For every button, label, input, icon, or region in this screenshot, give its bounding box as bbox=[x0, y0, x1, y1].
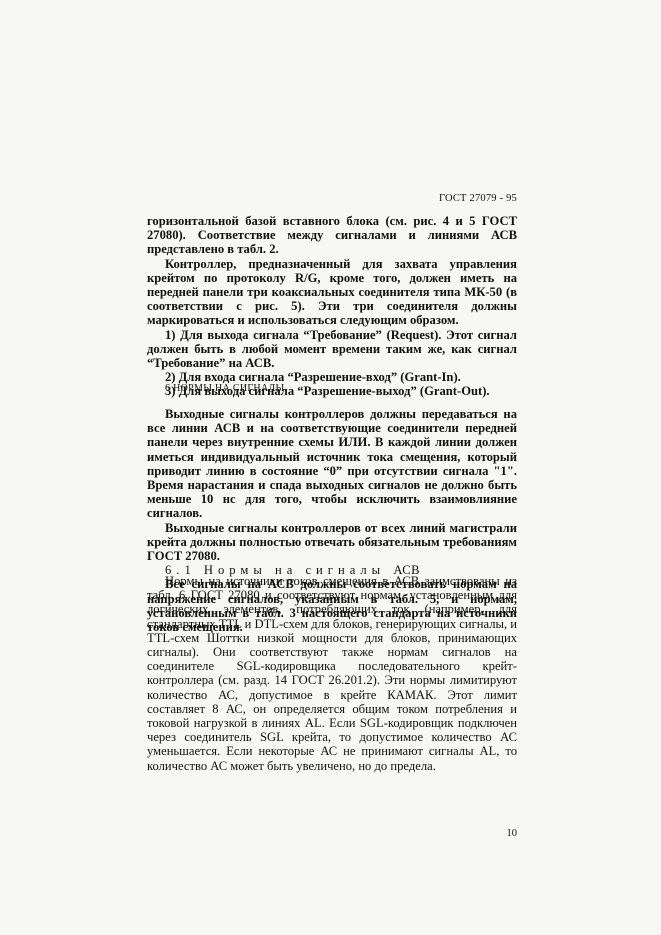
page-number: 10 bbox=[507, 828, 518, 839]
standard-header: ГОСТ 27079 - 95 bbox=[439, 193, 517, 204]
section-heading: 6 НОРМЫ НА СИГНАЛЫ bbox=[165, 383, 285, 394]
list-item: 1) Для выхода сигнала “Требование” (Requ… bbox=[147, 328, 517, 371]
paragraph: Контроллер, предназначенный для захвата … bbox=[147, 257, 517, 328]
paragraph: Нормы на источники токов смещения в АСВ … bbox=[147, 574, 517, 773]
block-3: Нормы на источники токов смещения в АСВ … bbox=[147, 574, 517, 773]
paragraph: Выходные сигналы контроллеров должны пер… bbox=[147, 407, 517, 521]
paragraph: Выходные сигналы контроллеров от всех ли… bbox=[147, 521, 517, 564]
paragraph: горизонтальной базой вставного блока (см… bbox=[147, 214, 517, 257]
block-1: горизонтальной базой вставного блока (см… bbox=[147, 214, 517, 399]
